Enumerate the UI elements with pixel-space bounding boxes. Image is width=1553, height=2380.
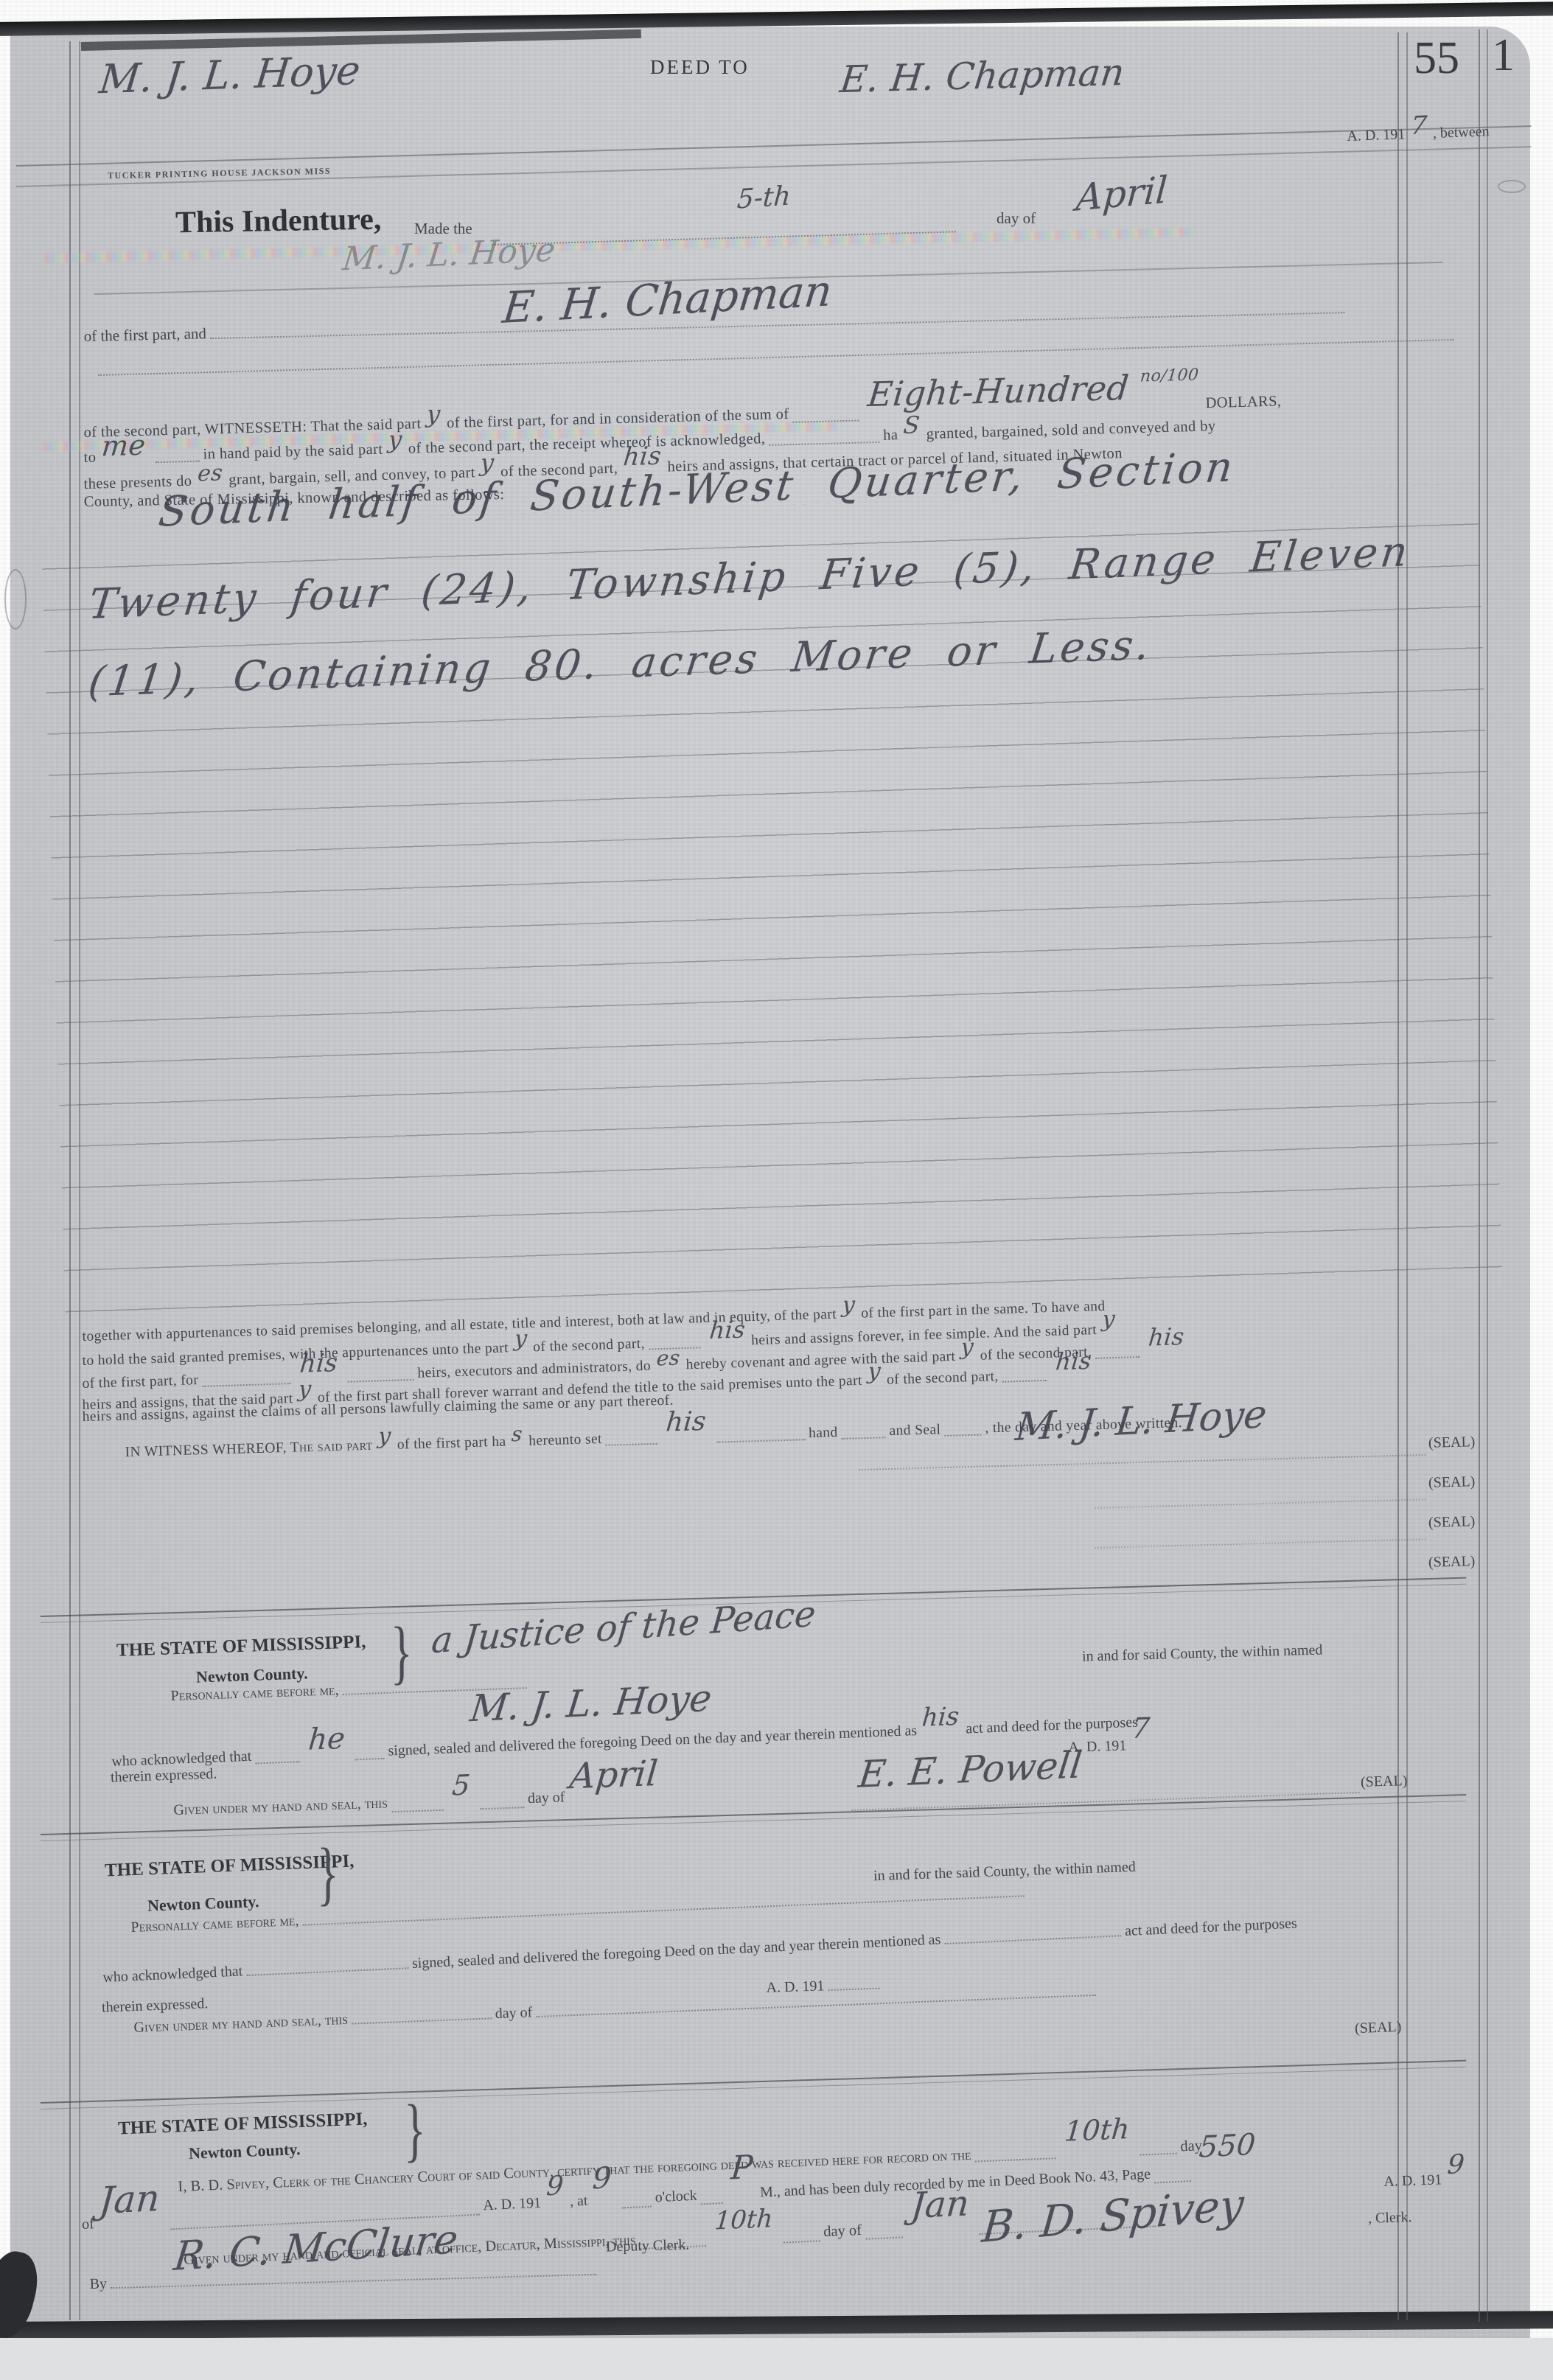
habendum-his2: his [299, 1348, 339, 1379]
seal-label-3: (SEAL) [1428, 1513, 1476, 1532]
seal-label-2: (SEAL) [1428, 1473, 1476, 1492]
recording-hour-blank [622, 2204, 652, 2209]
deputy-clerk-label: Deputy Clerk. [606, 2237, 690, 2256]
ack1-his-fill: his [921, 1702, 961, 1733]
year-fill: 7 [1409, 111, 1428, 141]
me-fill: me [100, 429, 147, 463]
ack2-day-of: day of [495, 2004, 532, 2023]
header-grantee-name: E. H. Chapman [838, 51, 1127, 101]
habendum-y6: y [867, 1358, 882, 1385]
ack1-given: Given under my hand and seal, this [173, 1795, 388, 1819]
day-fill: 5-th [736, 181, 792, 214]
habendum-y4: y [960, 1334, 975, 1361]
ack1-day-blank2 [480, 1804, 524, 1810]
deed-record-scan: 55 1 M. J. L. Hoye DEED TO E. H. Chapman… [0, 0, 1553, 2380]
ack2-year-blank [828, 1986, 879, 1991]
recording-given-day-fill: 10th [713, 2204, 774, 2236]
recording-year-fill: 9 [545, 2171, 565, 2202]
recording-meridian-blank [701, 2200, 723, 2205]
witness-l6e: and Seal [889, 1422, 940, 1439]
witness-blank1 [606, 1441, 657, 1446]
indenture-title: This Indenture, [175, 202, 382, 241]
deed-to-label: DEED TO [650, 56, 750, 79]
recording-meridian-fill: P [730, 2149, 754, 2188]
recording-at-label: , at [569, 2193, 587, 2210]
between-label: , between [1433, 123, 1490, 142]
witness-y7: y [377, 1423, 393, 1450]
header-grantor-name: M. J. L. Hoye [97, 47, 363, 103]
scan-below-page [0, 2338, 1553, 2380]
recording-month-fill: Jan [97, 2177, 161, 2222]
day-of-label: day of [997, 209, 1036, 228]
seal-label-4: (SEAL) [1428, 1553, 1476, 1571]
witness-blank3 [842, 1434, 886, 1439]
recording-book-page-fill: 550 [1198, 2128, 1257, 2165]
recording-ad1: A. D. 191 [483, 2195, 542, 2215]
habendum-y2: y [513, 1326, 528, 1353]
ack1-day-blank [391, 1807, 443, 1812]
habendum-es: es [655, 1345, 681, 1370]
witness-blank2 [716, 1437, 805, 1442]
clerk-label: , Clerk. [1368, 2209, 1412, 2227]
fill-party-y3: y [480, 448, 496, 477]
ack1-year-fill: 7 [1131, 1711, 1151, 1745]
witness-his5: his [665, 1406, 708, 1438]
recording-given-year-fill: 9 [1446, 2149, 1465, 2180]
habendum-l4c: of the second part, [887, 1369, 999, 1389]
ack1-he-blank [255, 1759, 299, 1764]
ad-label: A. D. 191 [1347, 126, 1406, 145]
s-fill: S [902, 411, 921, 439]
fill-party-y2: y [387, 425, 403, 454]
recording-given-month-blank [865, 2234, 902, 2239]
recording-ad2: A. D. 191 [1383, 2171, 1442, 2191]
month-fill: April [1075, 168, 1169, 219]
ack1-he-fill: he [307, 1722, 346, 1757]
habendum-y5: y [298, 1376, 313, 1403]
witness-s: s [511, 1422, 524, 1447]
witness-l6c: hereunto set [528, 1431, 602, 1450]
seal-label-1: (SEAL) [1428, 1434, 1476, 1452]
witness-l6d: hand [809, 1425, 838, 1442]
cents-fill: no/100 [1140, 366, 1200, 385]
witness-blank4 [944, 1432, 981, 1437]
margin-scribble-left [4, 569, 27, 629]
recording-day-fill: 10th [1064, 2112, 1131, 2148]
page-number-right: 1 [1492, 29, 1515, 82]
recording-ad2-group: A. D. 191 9 [1383, 2160, 1471, 2193]
recording-oclock-label: o'clock [655, 2188, 697, 2207]
ack1-he-blank2 [355, 1756, 385, 1761]
habendum-blank5 [1002, 1378, 1047, 1383]
habendum-blank4 [1095, 1354, 1140, 1359]
habendum-his1: his [708, 1315, 747, 1344]
ack1-day-of: day of [528, 1789, 565, 1807]
recording-hour-fill: 9 [591, 2161, 613, 2196]
ack2-brace: } [317, 1834, 339, 1915]
recording-page-blank [1154, 2178, 1191, 2183]
fill-party-y1: y [425, 399, 442, 428]
to-label: to [83, 450, 96, 467]
first-part-label: of the first part, and [83, 324, 206, 346]
ack1-month-fill: April [568, 1753, 660, 1797]
page-number-left: 55 [1414, 32, 1459, 85]
habendum-y3: y [1101, 1306, 1117, 1333]
margin-scribble-right [1498, 180, 1526, 193]
recording-day-of: day of [823, 2222, 862, 2241]
recording-given-month-fill: Jan [909, 2182, 970, 2227]
by-label: By [89, 2275, 107, 2293]
ack1-seal: (SEAL) [1361, 1773, 1408, 1791]
witness-l6b: of the first part ha [397, 1434, 506, 1454]
recording-given-day-blank2 [784, 2238, 820, 2243]
amount-fill: Eight-Hundred [866, 368, 1131, 414]
ack1-day-fill: 5 [450, 1769, 471, 1802]
dollars-label: DOLLARS, [1205, 393, 1281, 412]
es-fill: es [196, 460, 223, 486]
habendum-his4: his [1054, 1347, 1092, 1376]
ad-between-group: A. D. 191 7 , between [1347, 113, 1490, 147]
ack2-day-blank [352, 2015, 492, 2024]
ack2-seal: (SEAL) [1355, 2019, 1402, 2037]
habendum-his3: his [1148, 1322, 1186, 1352]
habendum-y1: y [841, 1292, 856, 1319]
recording-of-label: of [82, 2216, 95, 2233]
